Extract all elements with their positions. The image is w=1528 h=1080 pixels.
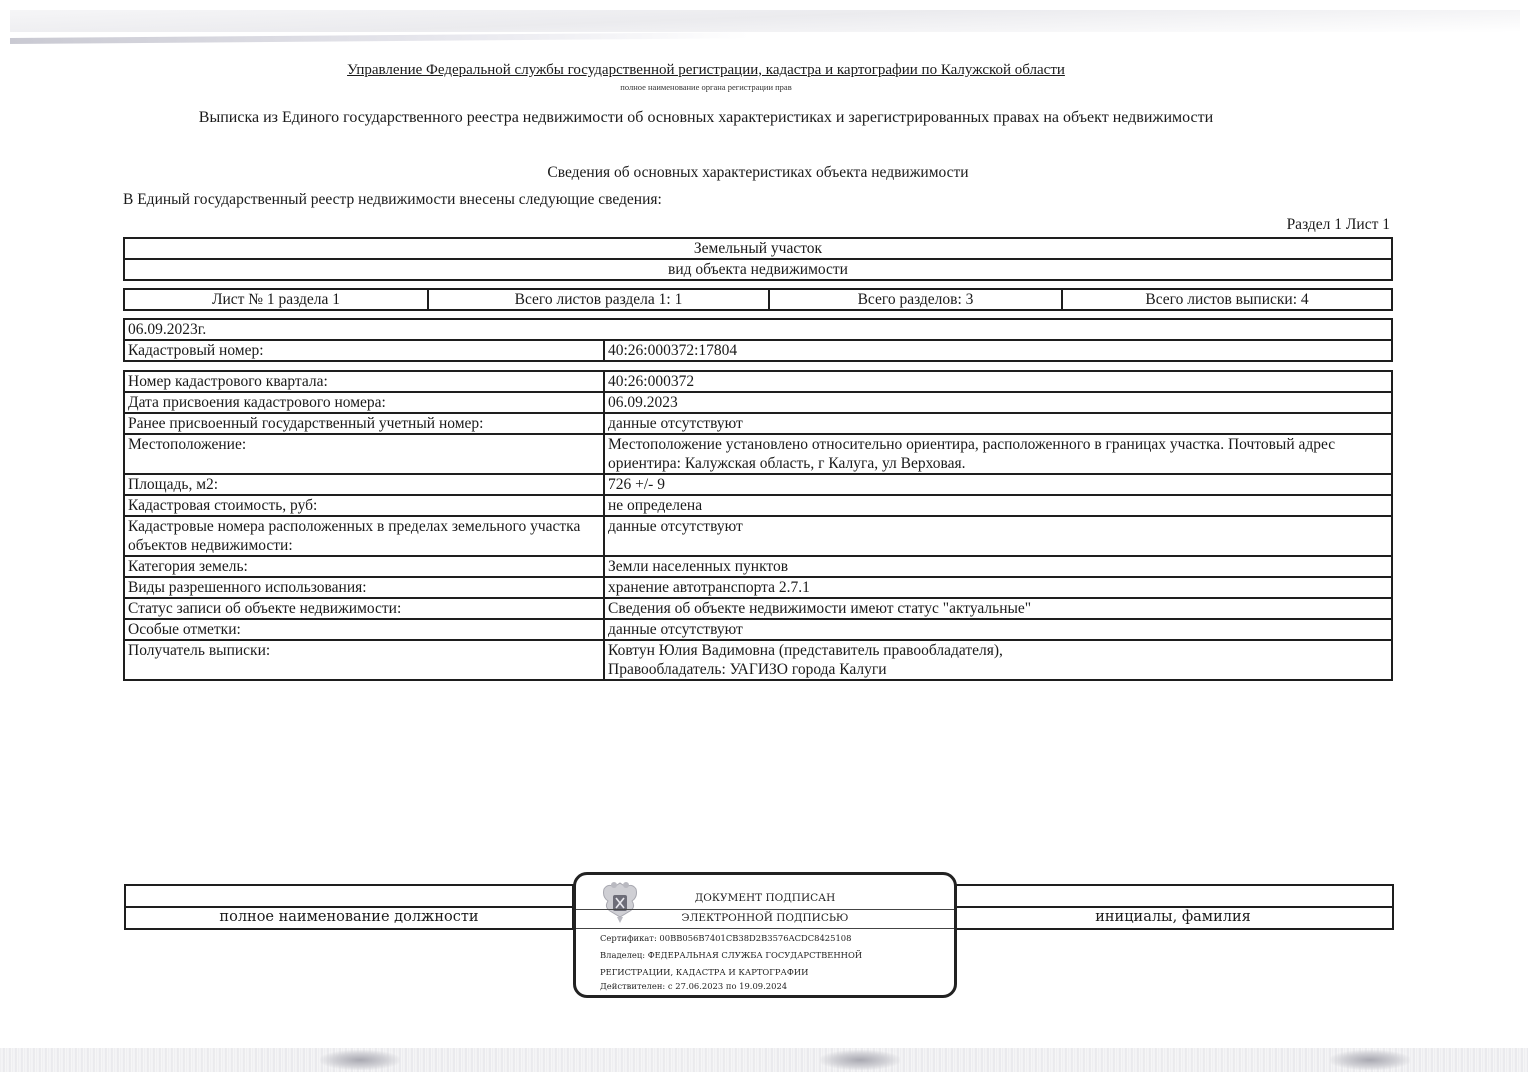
property-value: 726 +/- 9	[604, 474, 1392, 495]
table-row: Особые отметки:данные отсутствуют	[124, 619, 1392, 640]
stamp-certificate: Сертификат: 00BB056B7401CB38D2B3576ACDC8…	[600, 933, 851, 943]
record-date: 06.09.2023г.	[124, 319, 1392, 340]
table-row: Местоположение:Местоположение установлен…	[124, 434, 1392, 474]
sheets-table: Лист № 1 раздела 1 Всего листов раздела …	[123, 288, 1393, 311]
cadastral-number-value: 40:26:000372:17804	[604, 340, 1392, 361]
stamp-owner-line2: РЕГИСТРАЦИИ, КАДАСТРА И КАРТОГРАФИИ	[600, 967, 808, 977]
scan-edge-bottom	[0, 1048, 1528, 1072]
scan-edge-top	[10, 10, 1520, 32]
property-label: Статус записи об объекте недвижимости:	[124, 598, 604, 619]
section-heading: Сведения об основных характеристиках объ…	[0, 164, 1516, 182]
property-value: Местоположение установлено относительно …	[604, 434, 1392, 474]
electronic-signature-stamp: ДОКУМЕНТ ПОДПИСАН ЭЛЕКТРОННОЙ ПОДПИСЬЮ С…	[573, 872, 957, 998]
property-value: Земли населенных пунктов	[604, 556, 1392, 577]
property-label: Кадастровые номера расположенных в преде…	[124, 516, 604, 556]
property-label: Получатель выписки:	[124, 640, 604, 680]
position-caption: полное наименование должности	[125, 907, 573, 929]
stamp-validity: Действителен: с 27.06.2023 по 19.09.2024	[600, 981, 787, 991]
property-value: 40:26:000372	[604, 371, 1392, 392]
section-reference: Раздел 1 Лист 1	[1287, 216, 1390, 234]
property-value-line: Ковтун Юлия Вадимовна (представитель пра…	[608, 641, 1388, 660]
agency-name: Управление Федеральной службы государств…	[0, 62, 1412, 79]
property-value: данные отсутствуют	[604, 619, 1392, 640]
table-row: Статус записи об объекте недвижимости:Св…	[124, 598, 1392, 619]
scan-shadow-line	[10, 32, 750, 44]
table-row: Категория земель:Земли населенных пункто…	[124, 556, 1392, 577]
table-row: Площадь, м2:726 +/- 9	[124, 474, 1392, 495]
stamp-title-line1: ДОКУМЕНТ ПОДПИСАН	[576, 892, 954, 904]
property-label: Категория земель:	[124, 556, 604, 577]
extract-sheet-count: Всего листов выписки: 4	[1062, 289, 1392, 310]
object-type-table: Земельный участок вид объекта недвижимос…	[123, 237, 1393, 281]
agency-caption: полное наименование органа регистрации п…	[0, 82, 1412, 92]
table-row: Получатель выписки:Ковтун Юлия Вадимовна…	[124, 640, 1392, 680]
property-label: Площадь, м2:	[124, 474, 604, 495]
name-field	[953, 885, 1393, 907]
property-label: Местоположение:	[124, 434, 604, 474]
intro-text: В Единый государственный реестр недвижим…	[123, 191, 662, 209]
property-value-line: Правообладатель: УАГИЗО города Калуги	[608, 660, 1388, 679]
position-field	[125, 885, 573, 907]
stamp-owner-line1: Владелец: ФЕДЕРАЛЬНАЯ СЛУЖБА ГОСУДАРСТВЕ…	[600, 950, 862, 960]
table-row: Дата присвоения кадастрового номера:06.0…	[124, 392, 1392, 413]
table-row: Кадастровая стоимость, руб:не определена	[124, 495, 1392, 516]
section-count: Всего разделов: 3	[769, 289, 1062, 310]
property-label: Дата присвоения кадастрового номера:	[124, 392, 604, 413]
sheet-number: Лист № 1 раздела 1	[124, 289, 428, 310]
section-sheet-count: Всего листов раздела 1: 1	[428, 289, 769, 310]
cadastral-number-label: Кадастровый номер:	[124, 340, 604, 361]
object-type-value: Земельный участок	[124, 238, 1392, 259]
property-label: Виды разрешенного использования:	[124, 577, 604, 598]
property-value: не определена	[604, 495, 1392, 516]
property-value: данные отсутствуют	[604, 413, 1392, 434]
extract-title: Выписка из Единого государственного реес…	[0, 109, 1412, 127]
property-value: 06.09.2023	[604, 392, 1392, 413]
record-header-table: 06.09.2023г. Кадастровый номер: 40:26:00…	[123, 318, 1393, 362]
property-value: хранение автотранспорта 2.7.1	[604, 577, 1392, 598]
table-row: Кадастровые номера расположенных в преде…	[124, 516, 1392, 556]
table-row: Ранее присвоенный государственный учетны…	[124, 413, 1392, 434]
property-label: Кадастровая стоимость, руб:	[124, 495, 604, 516]
property-label: Номер кадастрового квартала:	[124, 371, 604, 392]
table-row: Виды разрешенного использования:хранение…	[124, 577, 1392, 598]
property-label: Ранее присвоенный государственный учетны…	[124, 413, 604, 434]
property-label: Особые отметки:	[124, 619, 604, 640]
table-row: Номер кадастрового квартала:40:26:000372	[124, 371, 1392, 392]
property-value: Сведения об объекте недвижимости имеют с…	[604, 598, 1392, 619]
property-value: Ковтун Юлия Вадимовна (представитель пра…	[604, 640, 1392, 680]
property-value: данные отсутствуют	[604, 516, 1392, 556]
stamp-title-line2: ЭЛЕКТРОННОЙ ПОДПИСЬЮ	[576, 912, 954, 924]
name-caption: инициалы, фамилия	[953, 907, 1393, 929]
object-type-caption: вид объекта недвижимости	[124, 259, 1392, 280]
properties-table: Номер кадастрового квартала:40:26:000372…	[123, 370, 1393, 681]
